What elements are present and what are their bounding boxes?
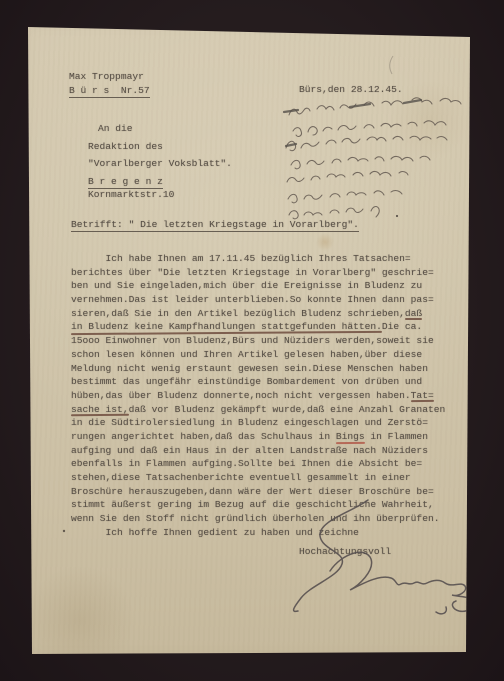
body-line-text: rungen angerichtet haben,daß das Schulha… bbox=[71, 431, 428, 442]
body-line: berichtes über "Die letzten Kriegstage i… bbox=[71, 267, 445, 281]
closing-salutation: Hochachtungsvoll bbox=[299, 546, 391, 557]
shorthand-period-dot bbox=[396, 215, 398, 217]
body-line: stehen,diese Tatsachenberichte eventuell… bbox=[71, 472, 445, 486]
body-line: in die Südtirolersiedlung in Bludenz ein… bbox=[71, 417, 445, 431]
body-line: 15ooo Einwohner von Bludenz,Bürs und Nüz… bbox=[71, 335, 445, 349]
recipient-line-city: B r e g e n z bbox=[88, 176, 163, 187]
recipient-line-redaktion: Redaktion des bbox=[88, 141, 163, 152]
body-line-text: sieren,daß Sie in den Artikel bezüglich … bbox=[71, 308, 422, 319]
subject-line: Betrifft: " Die letzten Kriegstage in Vo… bbox=[71, 219, 359, 230]
body-line: hüben,das über Bludenz donnerte,noch nic… bbox=[71, 390, 445, 404]
recipient-line-newspaper: "Vorarlberger Voksblatt". bbox=[88, 158, 232, 169]
body-line: ben und Sie eingeladen,mich über die Ere… bbox=[71, 280, 445, 294]
body-line: Meldung nicht wenig erstaunt gewesen sei… bbox=[71, 363, 445, 377]
sender-address: B ü r s Nr.57 bbox=[69, 85, 150, 96]
body-line: stimmt äußerst gering im Bezug auf die g… bbox=[71, 499, 445, 513]
body-line: aufging und daß ein Haus in der alten La… bbox=[71, 445, 445, 459]
body-line: bestimmt das ungefähr einstündige Bombar… bbox=[71, 376, 445, 390]
hand-underline bbox=[411, 400, 434, 402]
recipient-line-street: Kornmarktstr.10 bbox=[88, 189, 174, 200]
shorthand-bold-dashes bbox=[284, 100, 421, 146]
date-line: Bürs,den 28.12.45. bbox=[299, 84, 403, 95]
recipient-line-an-die: An die bbox=[98, 123, 133, 134]
shorthand-annotation bbox=[286, 98, 461, 219]
hand-underline bbox=[71, 414, 129, 416]
ink-speck bbox=[63, 530, 65, 532]
body-line: ebenfalls in Flammen aufging.Sollte bei … bbox=[71, 458, 445, 472]
body-line: sache ist,daß vor Bludenz gekämpft wurde… bbox=[71, 404, 445, 418]
sender-name: Max Troppmayr bbox=[69, 71, 144, 82]
body-line: Broschüre herauszugeben,dann wäre der We… bbox=[71, 486, 445, 500]
sender-address-text: B ü r s Nr.57 bbox=[69, 85, 150, 98]
body-line: Ich habe Ihnen am 17.11.45 bezüglich Ihr… bbox=[71, 253, 445, 267]
body-line: in Bludenz keine Kampfhandlungen stattge… bbox=[71, 321, 445, 335]
letter-paper: Max Troppmayr B ü r s Nr.57 Bürs,den 28.… bbox=[0, 0, 504, 681]
red-underline bbox=[336, 442, 365, 444]
hand-underline bbox=[405, 318, 422, 320]
body-line: sieren,daß Sie in den Artikel bezüglich … bbox=[71, 308, 445, 322]
body-line-text: hüben,das über Bludenz donnerte,noch nic… bbox=[71, 390, 434, 401]
body-line: wenn Sie den Stoff nicht gründlich überh… bbox=[71, 513, 445, 527]
scan-background: Max Troppmayr B ü r s Nr.57 Bürs,den 28.… bbox=[0, 0, 504, 681]
body-line: vernehmen.Das ist leider unterblieben.So… bbox=[71, 294, 445, 308]
pencil-stray-mark bbox=[390, 56, 393, 74]
recipient-city-text: B r e g e n z bbox=[88, 176, 163, 189]
letter-body: Ich habe Ihnen am 17.11.45 bezüglich Ihr… bbox=[71, 253, 445, 540]
body-line: rungen angerichtet haben,daß das Schulha… bbox=[71, 431, 445, 445]
body-line: schon lesen können und Ihren Artikel gel… bbox=[71, 349, 445, 363]
subject-text: Betrifft: " Die letzten Kriegstage in Vo… bbox=[71, 219, 359, 232]
body-line: Ich hoffe Ihnen gedient zu haben und zei… bbox=[71, 527, 445, 541]
